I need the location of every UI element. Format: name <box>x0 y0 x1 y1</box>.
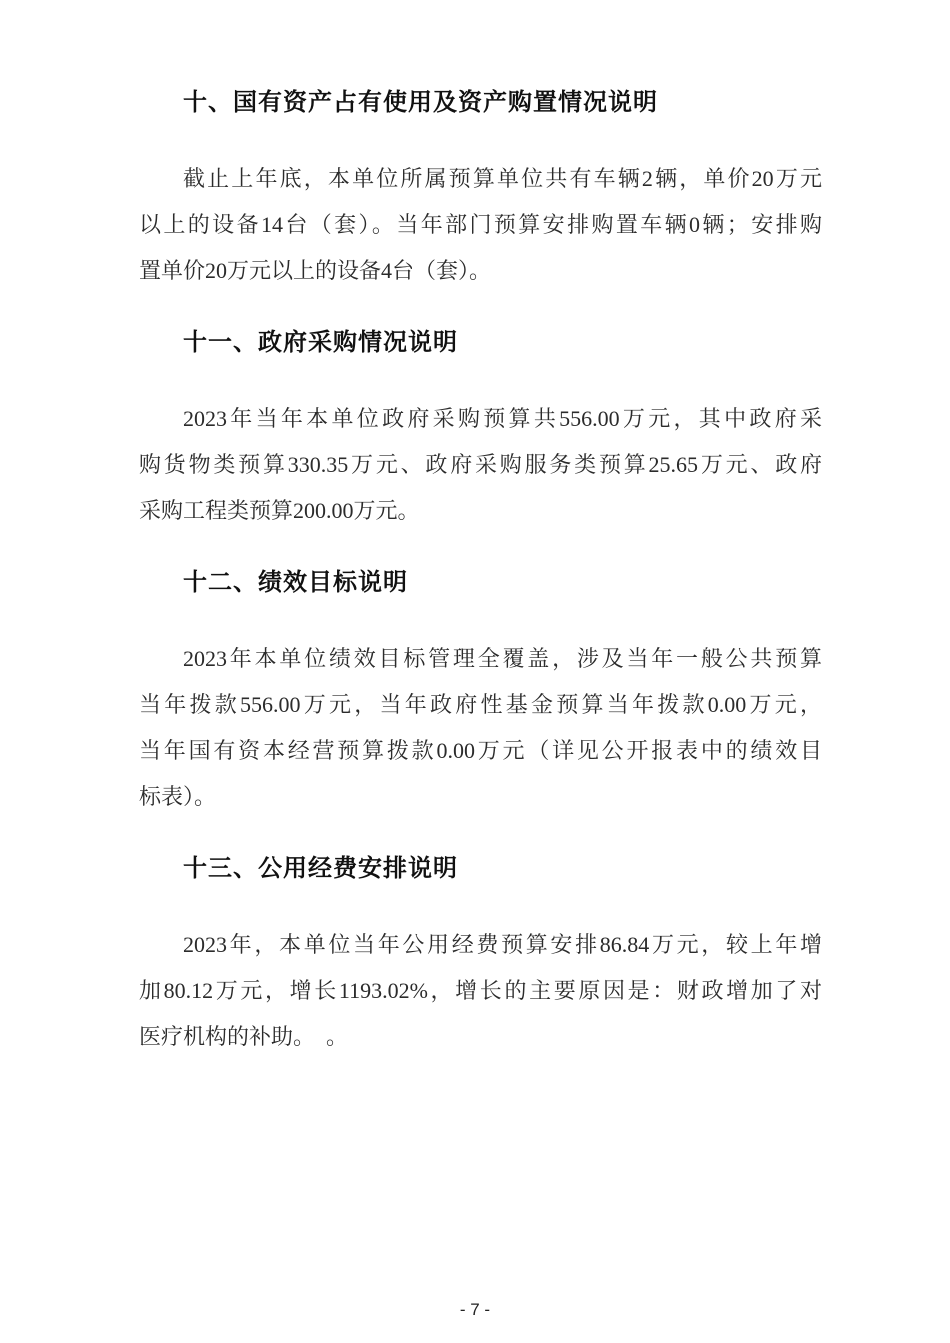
section-state-assets: 十、国有资产占有使用及资产购置情况说明 截止上年底，本单位所属预算单位共有车辆2… <box>139 88 822 294</box>
paragraph-line: 医疗机构的补助。 。 <box>139 1014 822 1060</box>
page-number: - 7 - <box>0 1300 950 1320</box>
paragraph: 截止上年底，本单位所属预算单位共有车辆2辆，单价20万元 以上的设备14台（套）… <box>139 156 822 294</box>
paragraph-line: 加80.12万元，增长1193.02%，增长的主要原因是：财政增加了对 <box>139 968 822 1014</box>
section-title: 十、国有资产占有使用及资产购置情况说明 <box>139 88 822 118</box>
paragraph: 2023年，本单位当年公用经费预算安排86.84万元，较上年增 加80.12万元… <box>139 922 822 1060</box>
section-title: 十三、公用经费安排说明 <box>139 854 822 884</box>
paragraph-line: 以上的设备14台（套）。当年部门预算安排购置车辆0辆；安排购 <box>139 202 822 248</box>
paragraph: 2023年本单位绩效目标管理全覆盖，涉及当年一般公共预算 当年拨款556.00万… <box>139 636 822 820</box>
paragraph-line: 当年国有资本经营预算拨款0.00万元（详见公开报表中的绩效目 <box>139 728 822 774</box>
paragraph-line: 当年拨款556.00万元，当年政府性基金预算当年拨款0.00万元， <box>139 682 822 728</box>
paragraph-line: 标表）。 <box>139 774 822 820</box>
section-performance-targets: 十二、绩效目标说明 2023年本单位绩效目标管理全覆盖，涉及当年一般公共预算 当… <box>139 568 822 820</box>
paragraph: 2023年当年本单位政府采购预算共556.00万元，其中政府采 购货物类预算33… <box>139 396 822 534</box>
section-public-expense: 十三、公用经费安排说明 2023年，本单位当年公用经费预算安排86.84万元，较… <box>139 854 822 1060</box>
paragraph-line: 置单价20万元以上的设备4台（套）。 <box>139 248 822 294</box>
paragraph-line: 截止上年底，本单位所属预算单位共有车辆2辆，单价20万元 <box>139 156 822 202</box>
paragraph-line: 购货物类预算330.35万元、政府采购服务类预算25.65万元、政府 <box>139 442 822 488</box>
section-government-procurement: 十一、政府采购情况说明 2023年当年本单位政府采购预算共556.00万元，其中… <box>139 328 822 534</box>
section-title: 十二、绩效目标说明 <box>139 568 822 598</box>
paragraph-line: 2023年当年本单位政府采购预算共556.00万元，其中政府采 <box>139 396 822 442</box>
paragraph-line: 2023年本单位绩效目标管理全覆盖，涉及当年一般公共预算 <box>139 636 822 682</box>
section-title: 十一、政府采购情况说明 <box>139 328 822 358</box>
paragraph-line: 2023年，本单位当年公用经费预算安排86.84万元，较上年增 <box>139 922 822 968</box>
paragraph-line: 采购工程类预算200.00万元。 <box>139 488 822 534</box>
document-page: 十、国有资产占有使用及资产购置情况说明 截止上年底，本单位所属预算单位共有车辆2… <box>0 0 950 1343</box>
document-body: 十、国有资产占有使用及资产购置情况说明 截止上年底，本单位所属预算单位共有车辆2… <box>0 0 950 1060</box>
